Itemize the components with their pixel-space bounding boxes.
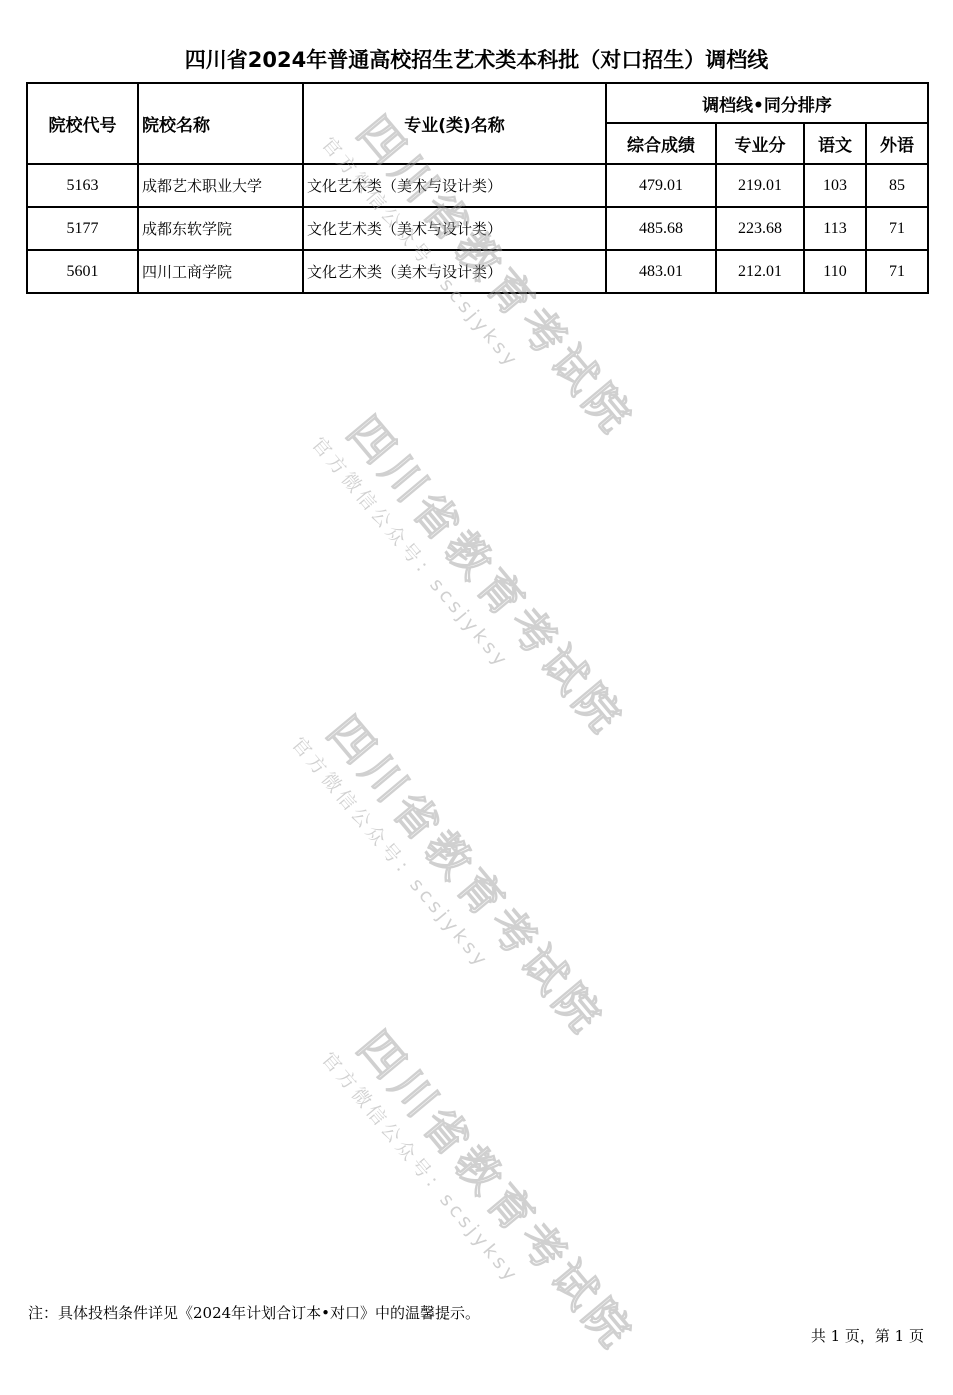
cell-professional: 212.01 [716, 250, 804, 293]
header-group: 调档线•同分排序 [606, 83, 928, 123]
cell-foreign: 71 [866, 207, 928, 250]
cell-code: 5177 [27, 207, 138, 250]
header-school: 院校名称 [138, 83, 303, 164]
cell-major: 文化艺术类（美术与设计类） [303, 207, 606, 250]
cell-chinese: 110 [804, 250, 866, 293]
header-major: 专业(类)名称 [303, 83, 606, 164]
cell-total: 483.01 [606, 250, 716, 293]
header-code: 院校代号 [27, 83, 138, 164]
cutoff-table: 院校代号 院校名称 专业(类)名称 调档线•同分排序 综合成绩 专业分 语文 外… [26, 82, 929, 294]
page-indicator: 共 1 页，第 1 页 [811, 1325, 924, 1346]
cell-code: 5163 [27, 164, 138, 207]
header-professional: 专业分 [716, 123, 804, 164]
cell-professional: 223.68 [716, 207, 804, 250]
table-row: 5177 成都东软学院 文化艺术类（美术与设计类） 485.68 223.68 … [27, 207, 928, 250]
header-foreign: 外语 [866, 123, 928, 164]
footnote: 注：具体投档条件详见《2024年计划合订本•对口》中的温馨提示。 [28, 1302, 480, 1323]
cell-chinese: 113 [804, 207, 866, 250]
cell-foreign: 71 [866, 250, 928, 293]
cell-major: 文化艺术类（美术与设计类） [303, 250, 606, 293]
cell-school: 四川工商学院 [138, 250, 303, 293]
cell-total: 479.01 [606, 164, 716, 207]
cell-foreign: 85 [866, 164, 928, 207]
header-chinese: 语文 [804, 123, 866, 164]
watermark: 四川省教育考试院 官方微信公众号：scsjyksy [293, 400, 616, 753]
cell-chinese: 103 [804, 164, 866, 207]
page-title: 四川省2024年普通高校招生艺术类本科批（对口招生）调档线 [0, 44, 953, 74]
table-row: 5163 成都艺术职业大学 文化艺术类（美术与设计类） 479.01 219.0… [27, 164, 928, 207]
cell-total: 485.68 [606, 207, 716, 250]
watermark: 四川省教育考试院 官方微信公众号：scsjyksy [273, 700, 596, 1053]
header-total: 综合成绩 [606, 123, 716, 164]
cell-professional: 219.01 [716, 164, 804, 207]
cell-code: 5601 [27, 250, 138, 293]
table-row: 5601 四川工商学院 文化艺术类（美术与设计类） 483.01 212.01 … [27, 250, 928, 293]
cell-major: 文化艺术类（美术与设计类） [303, 164, 606, 207]
cell-school: 成都东软学院 [138, 207, 303, 250]
cell-school: 成都艺术职业大学 [138, 164, 303, 207]
